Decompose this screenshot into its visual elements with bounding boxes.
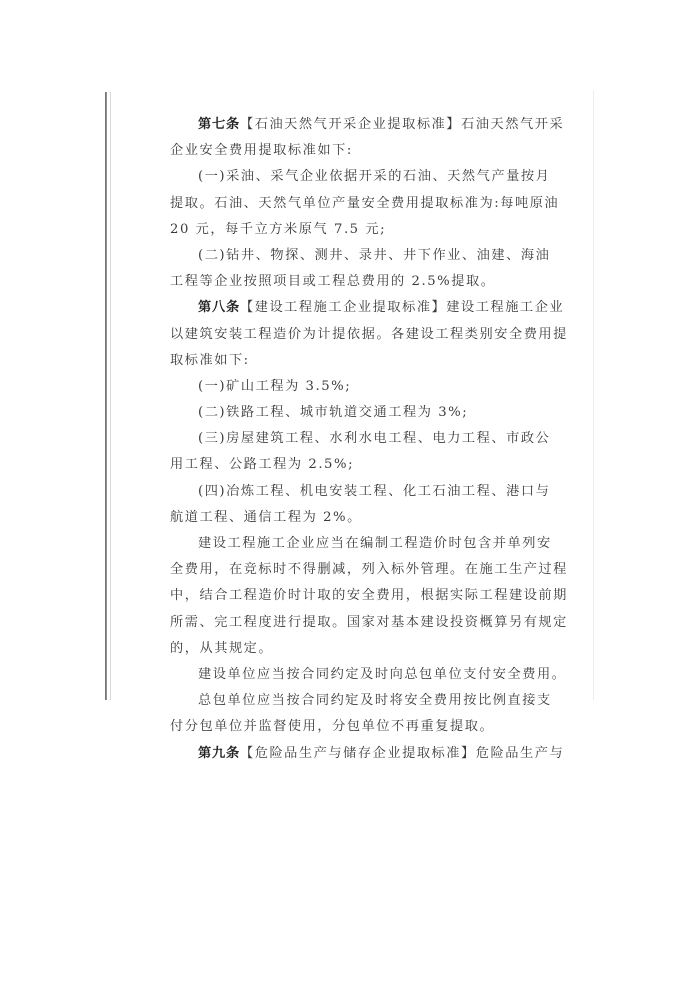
paragraph-line: 航道工程、通信工程为 2%。	[170, 505, 550, 531]
paragraph-line: 用工程、公路工程为 2.5%;	[170, 452, 550, 478]
paragraph-line: 提取。石油、天然气单位产量安全费用提取标准为:每吨原油	[170, 191, 550, 217]
article-8-title: 【建设工程施工企业提取标准】建设工程施工企业	[240, 300, 564, 315]
paragraph-line: 取标准如下:	[170, 348, 550, 374]
paragraph-line: 以建筑安装工程造价为计提依据。各建设工程类别安全费用提	[170, 322, 550, 348]
list-item: (三)房屋建筑工程、水利水电工程、电力工程、市政公	[170, 426, 550, 452]
paragraph-line: 全费用，在竞标时不得删减，列入标外管理。在施工生产过程	[170, 557, 550, 583]
article-9-title: 【危险品生产与储存企业提取标准】危险品生产与	[240, 746, 564, 761]
page-number: 5	[345, 693, 350, 702]
article-8-number: 第八条	[198, 300, 240, 315]
list-item: (一)矿山工程为 3.5%;	[170, 374, 550, 400]
paragraph-line: 企业安全费用提取标准如下:	[170, 138, 550, 164]
paragraph-line: (一)采油、采气企业依据开采的石油、天然气产量按月	[170, 164, 550, 190]
article-7-heading-line: 第七条【石油天然气开采企业提取标准】石油天然气开采	[170, 112, 550, 138]
scan-page-edge-right	[593, 90, 594, 700]
paragraph-line: 付分包单位并监督使用，分包单位不再重复提取。	[170, 714, 550, 740]
article-9-number: 第九条	[198, 746, 240, 761]
article-9-heading-line: 第九条【危险品生产与储存企业提取标准】危险品生产与	[170, 741, 550, 767]
paragraph-line: 所需、完工程度进行提取。国家对基本建设投资概算另有规定	[170, 610, 550, 636]
article-7-title: 【石油天然气开采企业提取标准】石油天然气开采	[240, 117, 564, 132]
paragraph-line: 工程等企业按照项目或工程总费用的 2.5%提取。	[170, 269, 550, 295]
scan-page-edge-left-inner	[110, 92, 111, 700]
list-item: (二)铁路工程、城市轨道交通工程为 3%;	[170, 400, 550, 426]
paragraph-line: 20 元，每千立方米原气 7.5 元;	[170, 217, 550, 243]
paragraph-line: 建设工程施工企业应当在编制工程造价时包含并单列安	[170, 531, 550, 557]
document-page: 第七条【石油天然气开采企业提取标准】石油天然气开采 企业安全费用提取标准如下: …	[170, 112, 550, 767]
paragraph-line: 的，从其规定。	[170, 636, 550, 662]
article-7-number: 第七条	[198, 117, 240, 132]
paragraph-line: 中，结合工程造价时计取的安全费用，根据实际工程建设前期	[170, 583, 550, 609]
scan-page-edge-left	[105, 92, 107, 700]
paragraph-line: (二)钻井、物探、测井、录井、井下作业、油建、海油	[170, 243, 550, 269]
list-item: (四)冶炼工程、机电安装工程、化工石油工程、港口与	[170, 479, 550, 505]
paragraph-line: 建设单位应当按合同约定及时向总包单位支付安全费用。	[170, 662, 550, 688]
article-8-heading-line: 第八条【建设工程施工企业提取标准】建设工程施工企业	[170, 295, 550, 321]
paragraph-line: 总包单位应当按合同约定及时将安全费用按比例直接支	[170, 688, 550, 714]
